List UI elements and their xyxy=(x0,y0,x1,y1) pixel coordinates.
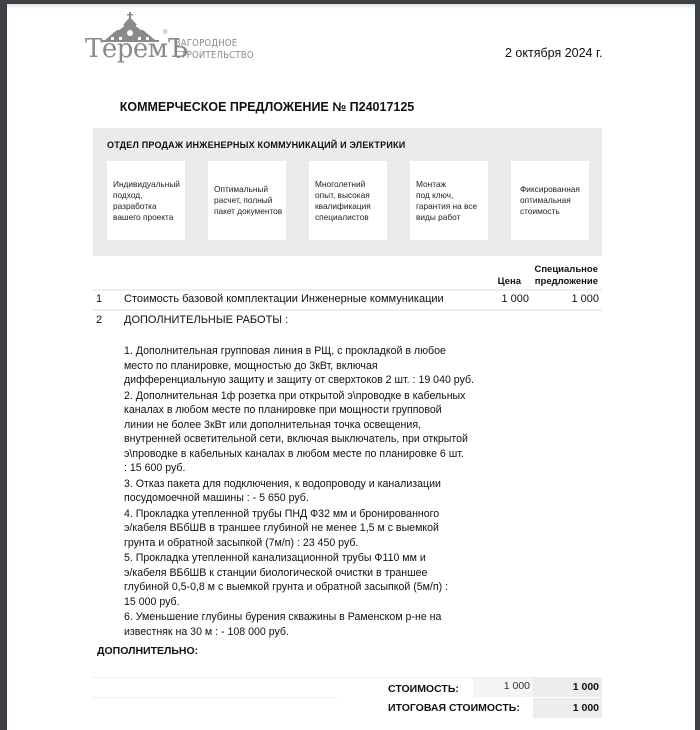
column-header-special-line-1: Специальное xyxy=(522,264,598,276)
header-divider xyxy=(93,289,602,291)
page-title: КОММЕРЧЕСКОЕ ПРЕДЛОЖЕНИЕ № П24017125 xyxy=(7,100,527,114)
row-price: 1 000 xyxy=(469,293,529,305)
row-special-price: 1 000 xyxy=(539,293,599,305)
final-cost-label: ИТОГОВАЯ СТОИМОСТЬ: xyxy=(388,702,520,714)
row-divider xyxy=(93,309,602,311)
row-name: Стоимость базовой комплектации Инженерны… xyxy=(124,293,444,305)
work-item: 2. Дополнительная 1ф розетка при открыто… xyxy=(124,389,504,476)
row-number: 2 xyxy=(96,314,102,326)
brand-tagline: ЗАГОРОДНОЕ СТРОИТЕЛЬСТВО xyxy=(175,38,254,62)
company-logo: ТеремЪ ® ЗАГОРОДНОЕ СТРОИТЕЛЬСТВО xyxy=(85,12,255,68)
brand-name: ТеремЪ xyxy=(85,34,188,64)
feature-text: Монтаж под ключ, гарантия на все виды ра… xyxy=(416,179,477,223)
work-item: 5. Прокладка утепленной канализационной … xyxy=(124,551,504,609)
feature-card: Фиксированная оптимальная стоимость xyxy=(511,161,589,240)
department-title: ОТДЕЛ ПРОДАЖ ИНЖЕНЕРНЫХ КОММУНИКАЦИЙ И Э… xyxy=(107,140,405,150)
tagline-line-2: СТРОИТЕЛЬСТВО xyxy=(175,50,254,62)
feature-card: Монтаж под ключ, гарантия на все виды ра… xyxy=(410,161,488,240)
feature-text: Фиксированная оптимальная стоимость xyxy=(520,184,580,217)
work-item: 6. Уменьшение глубины бурения скважины в… xyxy=(124,610,504,639)
tagline-line-1: ЗАГОРОДНОЕ xyxy=(175,38,254,50)
additional-works-list: 1. Дополнительная групповая линия в РЩ, … xyxy=(124,344,504,640)
column-header-special-line-2: предложение xyxy=(522,276,598,288)
final-cost-value: 1 000 xyxy=(539,702,599,714)
cost-price-value: 1 000 xyxy=(470,680,530,692)
document-page: ТеремЪ ® ЗАГОРОДНОЕ СТРОИТЕЛЬСТВО 2 октя… xyxy=(7,4,695,730)
cost-special-value: 1 000 xyxy=(539,681,599,693)
work-item: 4. Прокладка утепленной трубы ПНД Ф32 мм… xyxy=(124,507,504,551)
cost-label: СТОИМОСТЬ: xyxy=(388,683,459,695)
department-panel: ОТДЕЛ ПРОДАЖ ИНЖЕНЕРНЫХ КОММУНИКАЦИЙ И Э… xyxy=(93,128,602,256)
row-number: 1 xyxy=(96,293,102,305)
document-date: 2 октября 2024 г. xyxy=(505,46,602,60)
work-item: 3. Отказ пакета для подключения, к водоп… xyxy=(124,477,504,506)
work-item: 1. Дополнительная групповая линия в РЩ, … xyxy=(124,344,504,388)
extra-section-label: ДОПОЛНИТЕЛЬНО: xyxy=(97,645,198,657)
totals-divider-left xyxy=(93,697,337,698)
column-header-price: Цена xyxy=(475,276,521,288)
row-name: ДОПОЛНИТЕЛЬНЫЕ РАБОТЫ : xyxy=(124,314,288,326)
feature-card: Многолетний опыт, высокая квалификация с… xyxy=(309,161,387,240)
feature-text: Многолетний опыт, высокая квалификация с… xyxy=(315,179,371,223)
feature-card: Индивидуальный подход, разработка вашего… xyxy=(107,161,185,240)
feature-card: Оптимальный расчет, полный пакет докумен… xyxy=(208,161,286,240)
column-header-special: Специальное предложение xyxy=(522,264,598,288)
feature-text: Индивидуальный подход, разработка вашего… xyxy=(113,179,180,223)
registered-mark: ® xyxy=(163,30,167,36)
feature-text: Оптимальный расчет, полный пакет докумен… xyxy=(214,184,282,217)
